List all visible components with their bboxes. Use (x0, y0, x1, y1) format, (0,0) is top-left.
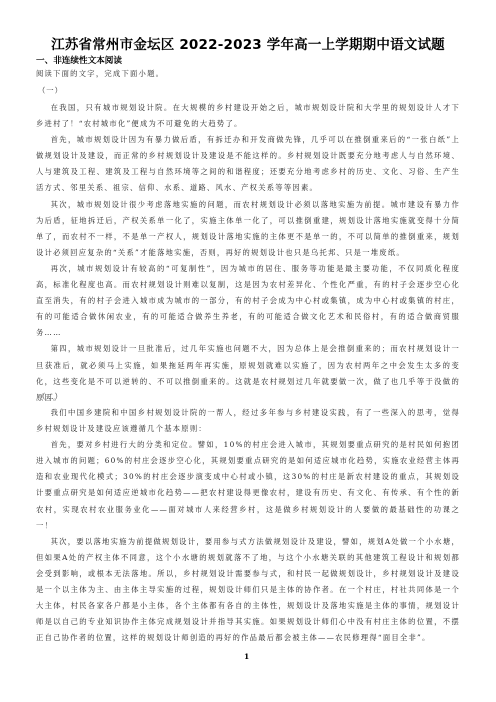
passage-1-paragraph: 再次，城市规划设计有较高的“可复制性”，因为城市的居住、服务等功能是最主要功能，… (36, 261, 460, 341)
passage-1-paragraph: 首先，城市规划设计因为有暴力做后盾，有拆迁办和开发商做先锋，几乎可以在推倒重来后… (36, 132, 460, 196)
passage-2: 我们中国乡建院和中国乡村规划设计院的一帮人，经过多年参与乡村建设实践，有了一些深… (36, 405, 460, 646)
document-page: 江苏省常州市金坛区 2022-2023 学年高一上学期期中语文试题 一、非连续性… (0, 0, 496, 702)
reading-instruction: 阅读下面的文字，完成下面小题。 (36, 66, 460, 82)
passage-1-paragraph: 在我国，只有城市规划设计院。在大规模的乡村建设开始之后，城市规划设计院和大学里的… (36, 100, 460, 132)
passage-2-paragraph: 其次，要以落地实施为前提做规划设计，要用参与式方法做规划设计及建设，譬如，规划A… (36, 534, 460, 647)
page-number: 1 (244, 652, 249, 661)
passage-1-paragraph: 其次，城市规划设计很少考虑落地实施的问题，而农村规划设计必须以落地实施为前提。城… (36, 197, 460, 261)
passage-2-paragraph: 首先，要对乡村进行大的分类和定位。譬如，10%的村庄会进入城市，其规划要重点研究… (36, 437, 460, 534)
exam-title: 江苏省常州市金坛区 2022-2023 学年高一上学期期中语文试题 (0, 37, 496, 53)
passage-1-paragraph: 第四，城市规划设计一旦批准后，过几年实施也问题不大，因为总体上是会推倒重来的；而… (36, 341, 460, 405)
passage-2-paragraph: 我们中国乡建院和中国乡村规划设计院的一帮人，经过多年参与乡村建设实践，有了一些深… (36, 405, 460, 437)
passage-1: 在我国，只有城市规划设计院。在大规模的乡村建设开始之后，城市规划设计院和大学里的… (36, 100, 460, 406)
passage-2-label: （二） (38, 389, 63, 405)
passage-1-label: （一） (38, 83, 63, 99)
